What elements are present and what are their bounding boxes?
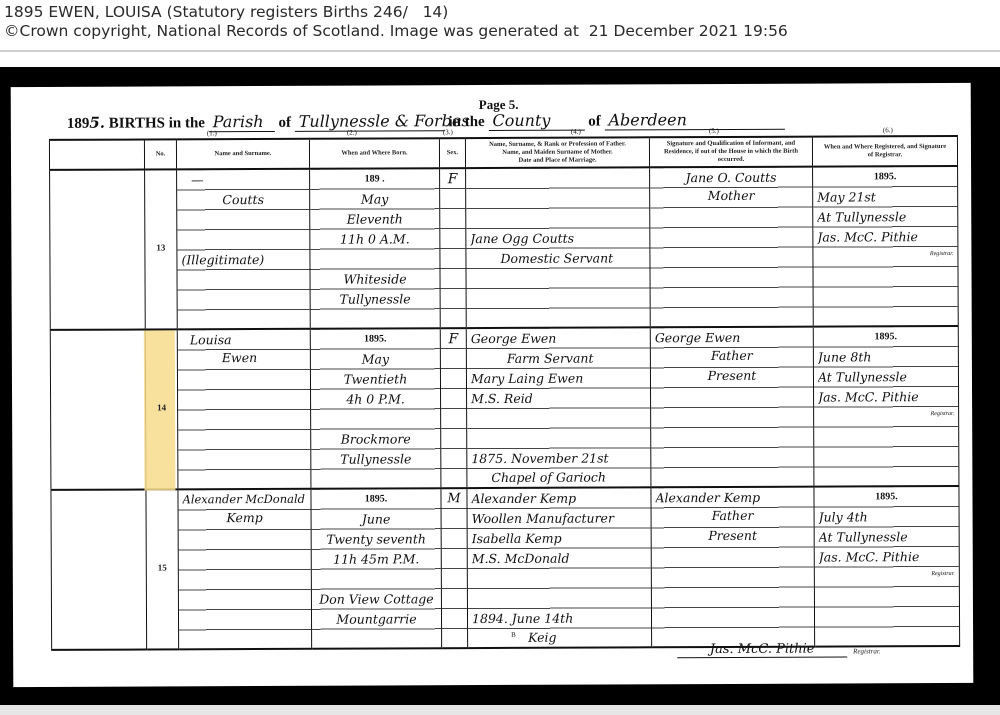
when-where-cell: 189 . May Eleventh 11h 0 A.M. Whiteside … xyxy=(310,168,441,329)
copyright-notice: ©Crown copyright, National Records of Sc… xyxy=(4,22,788,41)
viewer-bottom-bar xyxy=(0,705,1000,715)
entry-number: 15 xyxy=(147,562,178,572)
registered-year: 1895. xyxy=(817,171,953,183)
table-row[interactable]: 13 — Coutts (Illegitimate) 189 . May Ele… xyxy=(50,166,959,330)
parents-line: Mary Laing Ewen xyxy=(471,370,646,386)
when-where-cell: 1895. June Twenty seventh 11h 45m P.M. D… xyxy=(311,488,442,649)
born-line: Eleventh xyxy=(314,211,435,227)
table-row-highlighted[interactable]: 14 Louisa Ewen 1895. May Twentieth 4h 0 … xyxy=(50,326,959,490)
column-number-2: (2.) xyxy=(347,129,357,137)
registrar-label: Registrar. xyxy=(817,251,953,258)
marriage-place: Chapel of Garioch xyxy=(491,469,646,485)
births-in-the: BIRTHS in the xyxy=(109,115,205,131)
born-line: Tullynessle xyxy=(315,451,436,467)
page-mark: B xyxy=(511,631,516,639)
header-informant: Signature and Qualification of Informant… xyxy=(649,137,812,168)
year-suffix: 5. xyxy=(89,114,105,132)
born-line: 4h 0 P.M. xyxy=(315,391,436,407)
of-label-1: of xyxy=(278,115,291,131)
column-number-5: (5.) xyxy=(709,127,719,135)
registered-line: July 4th xyxy=(819,509,955,525)
name-line: — xyxy=(191,172,305,187)
parents-cell: Alexander Kemp Woollen Manufacturer Isab… xyxy=(467,487,652,648)
caption-divider xyxy=(0,50,1000,52)
district-type: Parish xyxy=(209,112,275,132)
born-line: Don View Cottage xyxy=(316,591,437,607)
informant-line: Present xyxy=(656,528,810,544)
parents-line: Isabella Kemp xyxy=(472,530,647,546)
entry-number-cell: 14 xyxy=(145,329,178,489)
registered-line: June 8th xyxy=(818,349,954,365)
informant-cell: Jane O. Coutts Mother xyxy=(650,167,814,328)
header-parents-marriage: Date and Place of Marriage. xyxy=(466,156,649,165)
informant-line: Present xyxy=(655,368,809,384)
name-line: Coutts xyxy=(181,192,305,208)
registered-cell: 1895. May 21st At Tullynessle Jas. McC. … xyxy=(813,166,959,327)
sex-cell: F xyxy=(440,328,467,488)
parents-line: George Ewen xyxy=(471,330,646,346)
table-row[interactable]: 15 Alexander McDonald Kemp 1895. June Tw… xyxy=(51,486,960,650)
sex-value: M xyxy=(445,491,462,506)
born-line: Twentieth xyxy=(315,371,436,387)
registrar-signature: Jas. McC. Pithie xyxy=(818,389,954,405)
registered-line: May 21st xyxy=(817,189,953,205)
name-line: Kemp xyxy=(183,510,307,526)
column-number-4: (4.) xyxy=(571,128,581,136)
informant-line: George Ewen xyxy=(655,330,809,346)
parents-line: Farm Servant xyxy=(507,350,646,366)
image-viewer[interactable]: Page 5. 1895. BIRTHS in the Parish of Tu… xyxy=(0,67,1000,707)
of-label-2: of xyxy=(588,114,601,130)
marriage-place: Keig xyxy=(528,629,647,645)
area-name: Aberdeen xyxy=(604,110,784,131)
informant-cell: George Ewen Father Present xyxy=(650,327,814,488)
marriage-date: 1875. November 21st xyxy=(471,450,646,466)
record-caption: 1895 EWEN, LOUISA (Statutory registers B… xyxy=(4,3,788,41)
birth-register-table: No. Name and Surname. When and Where Bor… xyxy=(49,135,960,651)
born-line: Brockmore xyxy=(315,431,436,447)
year-prefix: 189 xyxy=(67,116,90,132)
born-line: June xyxy=(316,511,437,527)
born-year: 1895. xyxy=(315,333,436,345)
column-number-3: (3.) xyxy=(443,128,453,136)
born-line: Tullynessle xyxy=(315,291,436,307)
born-year: 189 . xyxy=(314,173,435,185)
margin-cell xyxy=(50,170,146,330)
entry-number: 13 xyxy=(145,242,176,252)
in-the-label: in the xyxy=(448,114,484,130)
name-line: Louisa xyxy=(190,332,306,348)
parents-line: M.S. Reid xyxy=(471,390,646,406)
register-title: 1895. BIRTHS in the Parish of Tullynessl… xyxy=(67,110,785,133)
registrar-label: Registrar. xyxy=(818,411,954,418)
table-header-row: No. Name and Surname. When and Where Bor… xyxy=(49,136,957,170)
informant-line: Jane O. Coutts xyxy=(654,170,808,186)
registered-line: At Tullynessle xyxy=(818,369,954,385)
informant-line: Alexander Kemp xyxy=(655,490,809,506)
registered-line: At Tullynessle xyxy=(817,209,953,225)
name-line: Ewen xyxy=(222,350,306,365)
header-sex: Sex. xyxy=(439,138,465,168)
name-cell: Louisa Ewen xyxy=(177,329,311,490)
parents-cell: Jane Ogg Coutts Domestic Servant xyxy=(466,167,651,328)
column-number-1: (1.) xyxy=(207,129,217,137)
footer-registrar-signature: Jas. McC. Pithie xyxy=(677,641,847,658)
informant-line: Father xyxy=(655,348,809,364)
born-line: Mountgarrie xyxy=(316,611,437,627)
name-cell: Alexander McDonald Kemp xyxy=(178,489,312,650)
margin-column xyxy=(49,140,144,170)
born-line: 11h 45m P.M. xyxy=(316,551,437,567)
register-page: Page 5. 1895. BIRTHS in the Parish of Tu… xyxy=(11,83,974,687)
registrar-label: Registrar. xyxy=(819,571,955,578)
parents-line: Woollen Manufacturer xyxy=(472,510,647,526)
parents-line: Domestic Servant xyxy=(500,250,645,266)
entry-number-cell: 13 xyxy=(145,169,178,329)
column-number-6: (6.) xyxy=(883,126,893,134)
registrar-signature: Jas. McC. Pithie xyxy=(819,549,955,565)
parents-cell: George Ewen Farm Servant Mary Laing Ewen… xyxy=(466,327,651,488)
name-cell: — Coutts (Illegitimate) xyxy=(177,169,311,330)
parents-line: Jane Ogg Coutts xyxy=(470,230,645,246)
margin-cell xyxy=(50,330,146,490)
parents-line: M.S. McDonald xyxy=(472,550,647,566)
margin-cell xyxy=(51,490,147,650)
district-name: Tullynessle & Forbes xyxy=(295,111,445,132)
informant-line: Father xyxy=(656,508,810,524)
sex-cell: M xyxy=(441,488,468,648)
born-line: Whiteside xyxy=(315,271,436,287)
when-where-cell: 1895. May Twentieth 4h 0 P.M. Brockmore … xyxy=(310,328,441,489)
registered-year: 1895. xyxy=(818,331,954,343)
record-title: 1895 EWEN, LOUISA (Statutory registers B… xyxy=(4,3,788,22)
footer-registrar-label: Registrar. xyxy=(853,647,880,655)
entry-number: 14 xyxy=(146,402,177,412)
entry-number-cell: 15 xyxy=(146,489,179,649)
header-no: No. xyxy=(144,139,176,169)
sex-value: F xyxy=(444,171,461,187)
registered-year: 1895. xyxy=(818,491,954,503)
sex-value: F xyxy=(445,331,462,347)
header-name: Name and Surname. xyxy=(176,139,309,170)
registered-cell: 1895. June 8th At Tullynessle Jas. McC. … xyxy=(813,326,959,487)
name-line: (Illegitimate) xyxy=(181,252,305,268)
registered-line: At Tullynessle xyxy=(819,529,955,545)
header-when-where: When and Where Born. xyxy=(309,138,439,169)
born-line: 11h 0 A.M. xyxy=(314,231,435,247)
born-line: May xyxy=(314,191,435,207)
header-parents: Name, Surname, & Rank or Profession of F… xyxy=(465,137,649,168)
header-registered: When and Where Registered, and Signature… xyxy=(812,136,957,167)
parents-line: Alexander Kemp xyxy=(471,490,646,506)
born-year: 1895. xyxy=(315,493,436,505)
born-line: May xyxy=(315,351,436,367)
informant-line: Mother xyxy=(654,188,808,204)
registered-cell: 1895. July 4th At Tullynessle Jas. McC. … xyxy=(814,486,960,647)
informant-cell: Alexander Kemp Father Present xyxy=(651,487,815,648)
name-line: Alexander McDonald xyxy=(182,492,306,507)
born-line: Twenty seventh xyxy=(316,531,437,547)
sex-cell: F xyxy=(440,168,467,328)
marriage-date: 1894. June 14th xyxy=(472,610,647,626)
registrar-signature: Jas. McC. Pithie xyxy=(817,229,953,245)
